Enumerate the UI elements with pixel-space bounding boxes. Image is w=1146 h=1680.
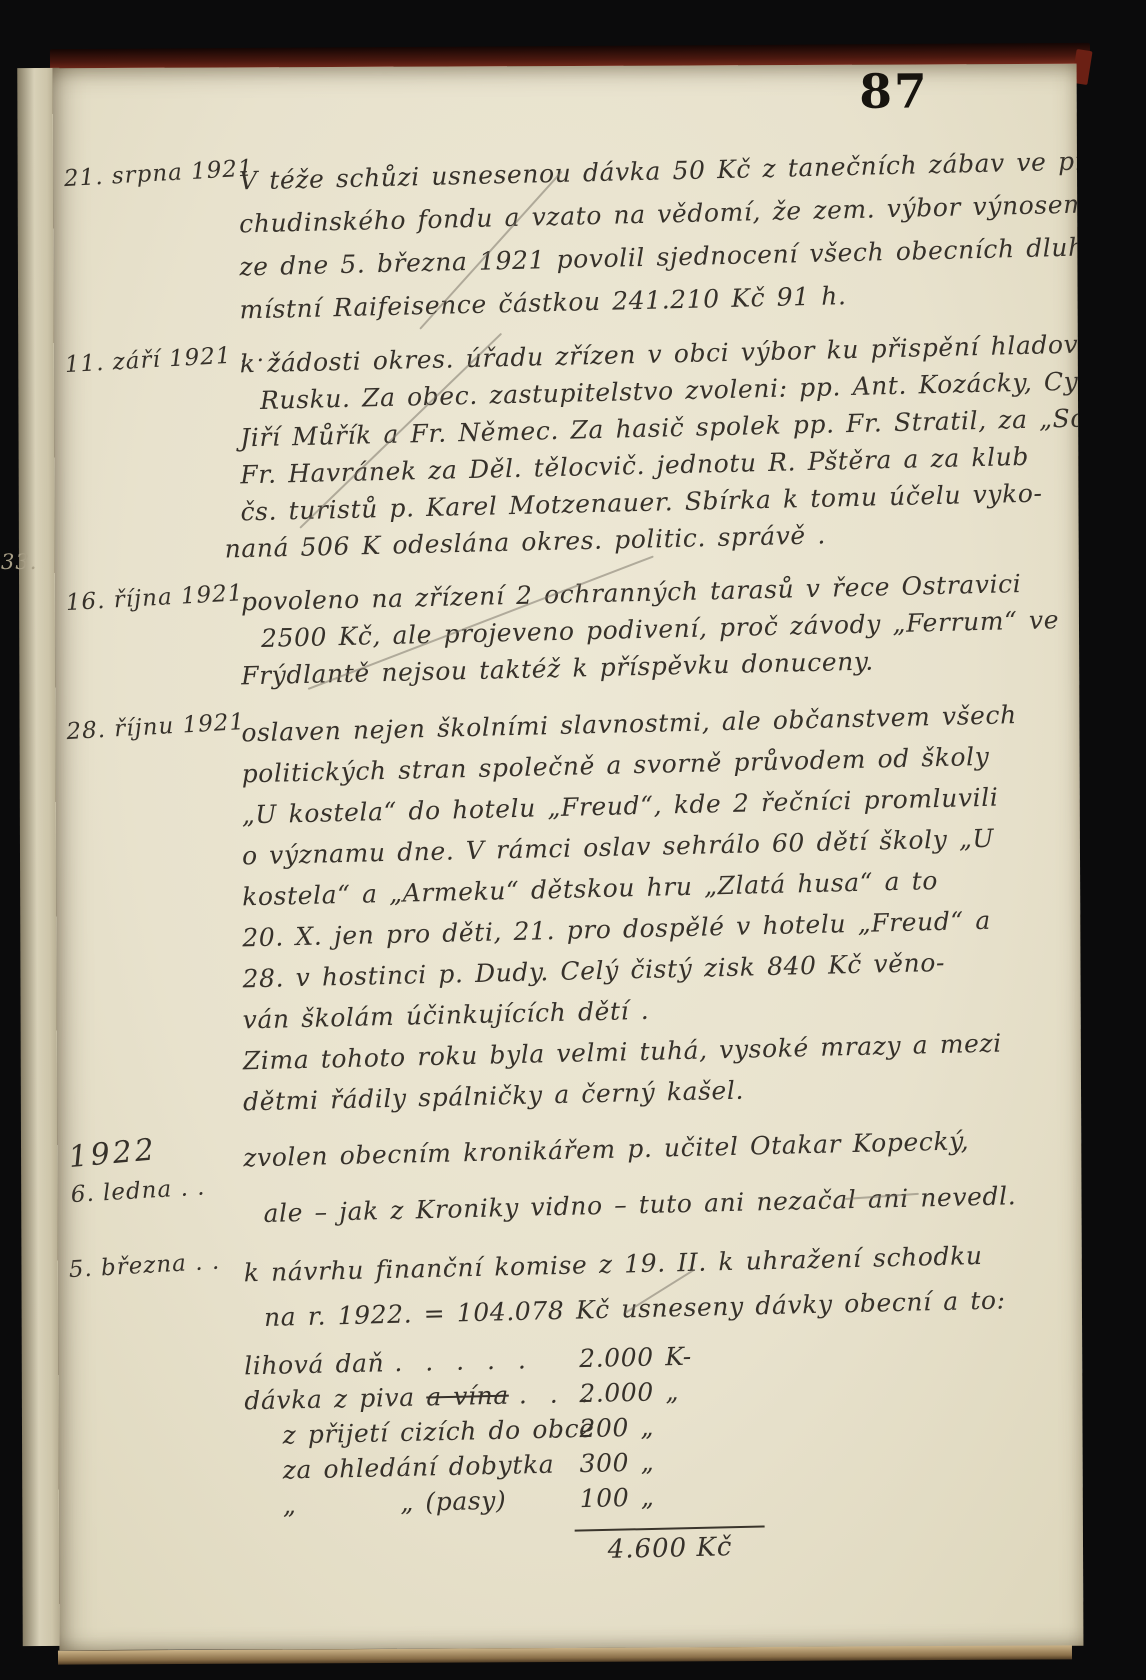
tax-row-amount: 300 „	[579, 1444, 654, 1481]
struck-text: a vína	[426, 1381, 509, 1412]
tax-total: 4.600 Kč	[575, 1525, 766, 1565]
entry-body: k žádosti okres. úřadu zřízen v obci výb…	[240, 342, 1079, 568]
entry-body: k návrhu finanční komise z 19. II. k uhr…	[244, 1247, 1083, 1566]
tax-row-amount: 200 „	[579, 1409, 654, 1446]
chronicle-entry: 5. března . . k návrhu finanční komise z…	[58, 1247, 1083, 1566]
chronicle-entry: 16. října 1921 povoleno na zřízení 2 och…	[55, 580, 1079, 695]
entry-date: 21. srpna 1921	[63, 150, 248, 332]
entry-date: 28. říjnu 1921	[65, 703, 264, 1122]
entry-body: V téže schůzi usnesenou dávka 50 Kč z ta…	[239, 156, 1078, 332]
chronicle-entry: 11. září 1921 . . . k žádosti okres. úřa…	[54, 342, 1079, 568]
dot-leaders: . . . . .	[384, 1345, 542, 1377]
chronicle-page: 87 21. srpna 1921 V téže schůzi usneseno…	[53, 64, 1084, 1650]
tax-row-amount: 2.000 K-	[579, 1339, 692, 1376]
entry-date-text: 6. ledna . .	[70, 1172, 247, 1208]
tax-table: lihová daň. . . . . 2.000 K- dávka z piv…	[244, 1345, 1083, 1566]
chronicle-entry: 1922 6. ledna . . zvolen obecním kroniká…	[57, 1127, 1081, 1243]
year-heading: 1922	[67, 1124, 245, 1175]
chronicle-entry: 21. srpna 1921 V téže schůzi usnesenou d…	[53, 156, 1078, 332]
book-photograph: 33. 87 21. srpna 1921 V téže schůzi usne…	[0, 0, 1146, 1680]
entry-date: 5. března . .	[68, 1241, 262, 1565]
tax-row-amount: 2.000 „	[579, 1374, 679, 1411]
margin-note: 33.	[1, 550, 37, 574]
entry-date: 1922 6. ledna . .	[67, 1121, 249, 1243]
entry-body: zvolen obecním kronikářem p. učitel Otak…	[243, 1127, 1081, 1243]
handwritten-content: 21. srpna 1921 V téže schůzi usnesenou d…	[53, 64, 1084, 1650]
entry-date: 16. října 1921	[65, 574, 247, 695]
chronicle-entry: 28. říjnu 1921 oslaven nejen školními sl…	[55, 709, 1081, 1123]
tax-row-label: „ „ (pasy)	[244, 1481, 580, 1523]
entry-body: povoleno na zřízení 2 ochranných tarasů …	[241, 580, 1079, 695]
entry-body: oslaven nejen školními slavnostmi, ale o…	[241, 709, 1081, 1123]
tax-row-amount: 100 „	[579, 1479, 654, 1516]
